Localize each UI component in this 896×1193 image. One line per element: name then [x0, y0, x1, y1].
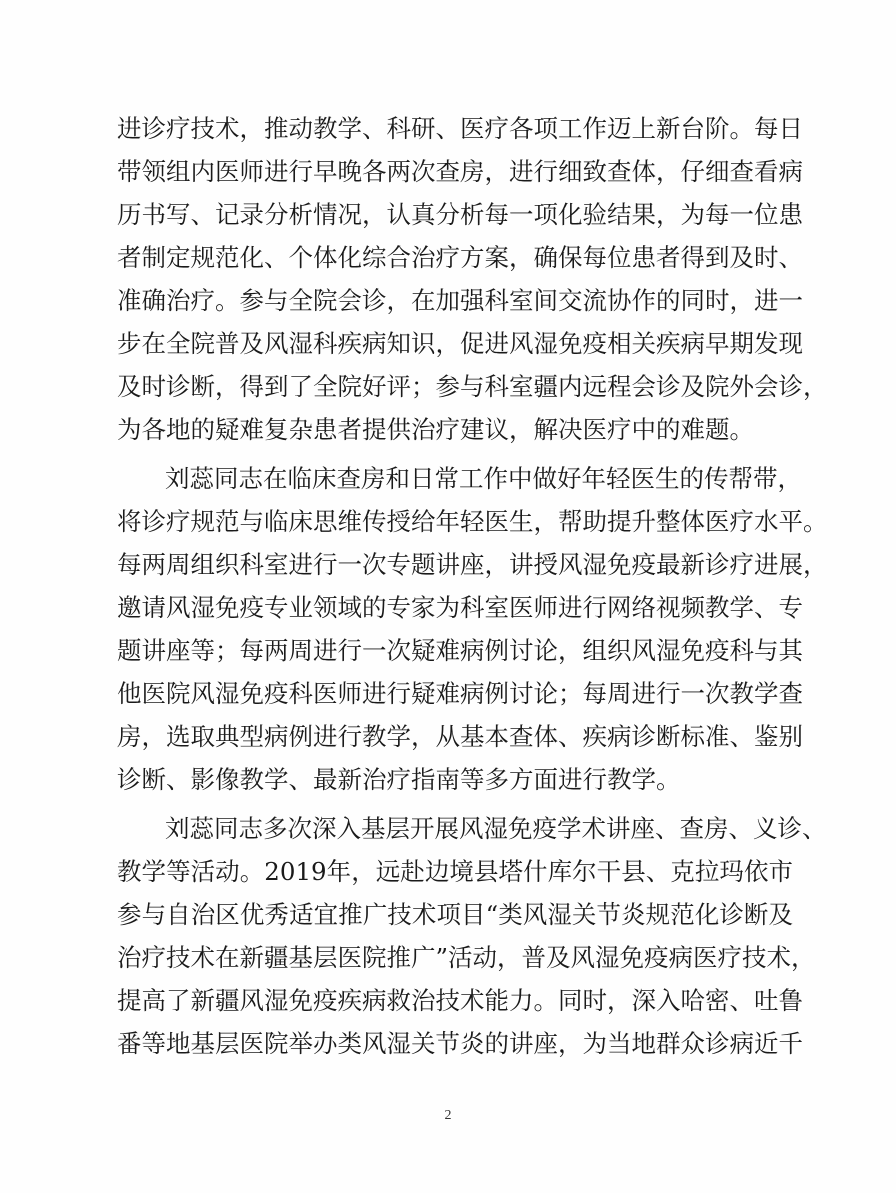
- page-number: 2: [0, 1108, 896, 1124]
- text-line: 刘蕊同志多次深入基层开展风湿免疫学术讲座、查房、义诊、: [165, 807, 793, 850]
- text-line: 题讲座等；每两周进行一次疑难病例讨论，组织风湿免疫科与其: [117, 629, 793, 672]
- text-line: 者制定规范化、个体化综合治疗方案，确保每位患者得到及时、: [117, 236, 793, 279]
- text-line: 教学等活动。2019年，远赴边境县塔什库尔干县、克拉玛依市: [117, 850, 793, 893]
- text-line: 治疗技术在新疆基层医院推广”活动，普及风湿免疫病医疗技术，: [117, 936, 793, 979]
- text-line: 提高了新疆风湿免疫疾病救治技术能力。同时，深入哈密、吐鲁: [117, 979, 793, 1022]
- text-line: 步在全院普及风湿科疾病知识，促进风湿免疫相关疾病早期发现: [117, 322, 793, 365]
- text-line: 进诊疗技术，推动教学、科研、医疗各项工作迈上新台阶。每日: [117, 107, 793, 150]
- text-line: 每两周组织科室进行一次专题讲座，讲授风湿免疫最新诊疗进展，: [117, 543, 793, 586]
- text-line: 房，选取典型病例进行教学，从基本查体、疾病诊断标准、鉴别: [117, 715, 793, 758]
- text-line: 准确治疗。参与全院会诊，在加强科室间交流协作的同时，进一: [117, 279, 793, 322]
- text-line: 将诊疗规范与临床思维传授给年轻医生，帮助提升整体医疗水平。: [117, 500, 793, 543]
- text-line: 他医院风湿免疫科医师进行疑难病例讨论；每周进行一次教学查: [117, 672, 793, 715]
- text-line: 番等地基层医院举办类风湿关节炎的讲座，为当地群众诊病近千: [117, 1022, 793, 1065]
- text-line: 刘蕊同志在临床查房和日常工作中做好年轻医生的传帮带，: [165, 457, 793, 500]
- text-line: 参与自治区优秀适宜推广技术项目“类风湿关节炎规范化诊断及: [117, 893, 793, 936]
- text-line: 诊断、影像教学、最新治疗指南等多方面进行教学。: [117, 758, 793, 801]
- document-page: 进诊疗技术，推动教学、科研、医疗各项工作迈上新台阶。每日 带领组内医师进行早晚各…: [0, 0, 896, 1193]
- text-line: 邀请风湿免疫专业领域的专家为科室医师进行网络视频教学、专: [117, 586, 793, 629]
- text-line: 带领组内医师进行早晚各两次查房，进行细致查体，仔细查看病: [117, 150, 793, 193]
- text-line: 及时诊断，得到了全院好评；参与科室疆内远程会诊及院外会诊，: [117, 365, 793, 408]
- text-line: 历书写、记录分析情况，认真分析每一项化验结果，为每一位患: [117, 193, 793, 236]
- text-line: 为各地的疑难复杂患者提供治疗建议，解决医疗中的难题。: [117, 408, 793, 451]
